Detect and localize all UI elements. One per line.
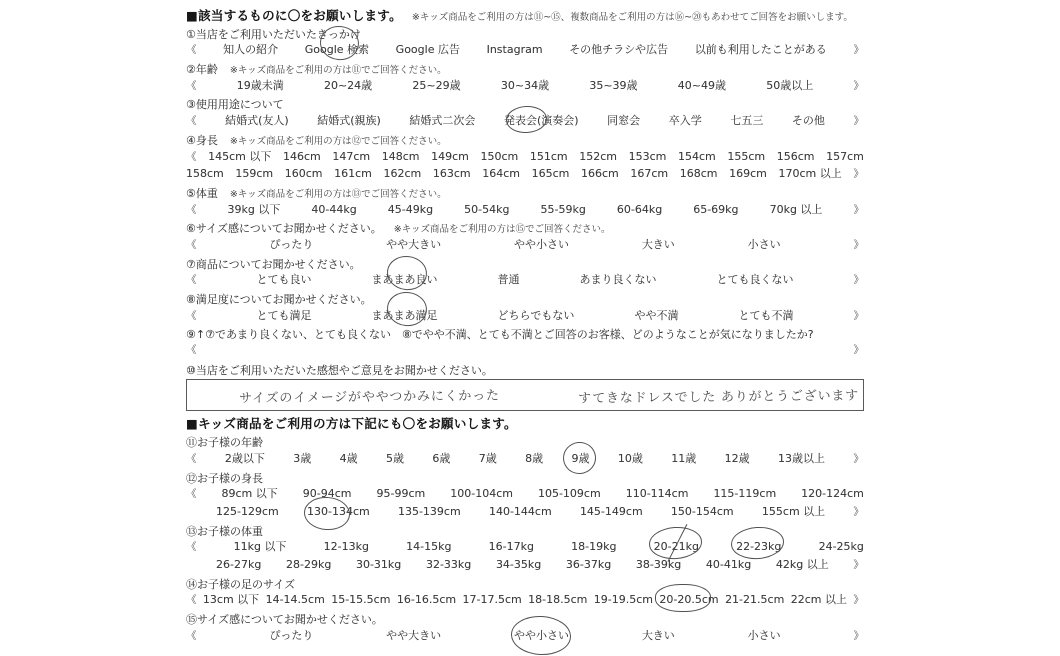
options-row: 《145cm 以下146cm147cm148cm149cm150cm151cm1… [186,148,864,166]
section-1: ■該当するものに〇をお願いします。※キッズ商品をご利用の方は⑪~⑮、複数商品をご… [186,6,864,411]
option-label: ぴったり [269,236,313,254]
option: 22-23kg [736,538,781,556]
option: 115-119cm [713,485,776,503]
option-label: 11kg 以下 [234,538,287,556]
option: Google 検索 [305,41,369,59]
option: 16-17kg [489,538,534,556]
question-label: ⑪お子様の年齢 [186,436,263,449]
bracket-open: 《 [186,78,197,96]
option: 小さい [748,627,781,640]
bracket-open: 《 [186,113,197,131]
bracket-close: 》 [853,628,864,640]
option: 8歳 [525,450,543,468]
option: 152cm [579,148,617,166]
option: 146cm [283,148,321,166]
option: 12-13kg [324,538,369,556]
option: 17-17.5cm [463,591,522,609]
option-label: 105-109cm [538,485,601,503]
options-row: 26-27kg28-29kg30-31kg32-33kg34-35kg36-37… [186,556,864,574]
bracket-close: 》 [854,342,865,360]
option: まあまあ良い [372,271,438,289]
option: 151cm [530,148,568,166]
option-label: 30~34歳 [501,77,549,95]
option: とても良い [257,271,312,289]
option: 22cm 以上 [791,591,847,609]
option-label: 169cm [729,165,767,183]
option-label: 166cm [581,165,619,183]
option-label: 17-17.5cm [463,591,522,609]
question-note: ※キッズ商品をご利用の方は⑪でご回答ください。 [230,65,447,76]
option-label: 16-16.5cm [397,591,456,609]
option: とても満足 [257,307,312,325]
bracket-open: 《 [186,237,197,255]
option-label: 同窓会 [607,112,640,130]
option: 110-114cm [626,485,689,503]
bracket-close: 》 [853,78,864,96]
bracket-close: 》 [854,272,865,290]
option: 140-144cm [489,503,552,521]
survey-page: ■該当するものに〇をお願いします。※キッズ商品をご利用の方は⑪~⑮、複数商品をご… [186,6,864,640]
options-row: 《知人の紹介Google 検索Google 広告Instagramその他チラシや… [186,41,864,59]
option-label: 90-94cm [303,485,352,503]
option: Instagram [487,41,543,59]
options-row: 《とても良いまあまあ良い普通あまり良くないとても良くない》 [186,271,864,289]
option: 19-19.5cm [594,591,653,609]
option: 100-104cm [450,485,513,503]
question-label: ①当店をご利用いただいたきっかけ [186,28,361,41]
option: 40~49歳 [678,77,726,95]
option-label: 40~49歳 [678,77,726,95]
option: 32-33kg [426,556,471,574]
option: 35~39歳 [589,77,637,95]
option-label: 163cm [433,165,471,183]
option-label: とても良い [257,271,312,289]
option-label: 55-59kg [541,201,586,219]
option: 166cm [581,165,619,183]
option-label: まあまあ満足 [372,307,438,325]
option: 14-14.5cm [266,591,325,609]
question-label-line: ④身長※キッズ商品をご利用の方は⑫でご回答ください。 [186,130,864,148]
option: 150cm [480,148,518,166]
option-label: 115-119cm [713,485,776,503]
option: 13cm 以下 [203,591,259,609]
option: 20-21kg [654,538,699,556]
question-label-line: ⑬お子様の体重 [186,521,864,539]
option: 154cm [678,148,716,166]
option: 161cm [334,165,372,183]
option-label: 小さい [748,236,781,254]
option: その他チラシや広告 [569,41,668,59]
option-label: 145-149cm [580,503,643,521]
option-label: 3歳 [293,450,311,468]
option-label: 148cm [382,148,420,166]
option: 169cm [729,165,767,183]
options-row: 125-129cm130-134cm135-139cm140-144cm145-… [186,503,864,521]
option: 同窓会 [607,112,640,130]
option: 6歳 [432,450,450,468]
option-label: 164cm [482,165,520,183]
question-label-line: ⑤体重※キッズ商品をご利用の方は⑬でご回答ください。 [186,183,864,201]
option: 130-134cm [307,503,370,521]
bracket-close: 》 [853,451,864,469]
option: 25~29歳 [412,77,460,95]
bracket-open: 《 [186,272,197,290]
option: 11kg 以下 [234,538,287,556]
option-label: 161cm [334,165,372,183]
option: 135-139cm [398,503,461,521]
question-label: ⑤体重 [186,187,218,200]
option-label: その他チラシや広告 [569,41,668,59]
option: とても良くない [717,271,794,289]
option-label: 130-134cm [307,503,370,521]
bracket-close: 》 [853,113,864,131]
option-label: 大きい [642,236,675,254]
option-label: 14-14.5cm [266,591,325,609]
option-label: やや不満 [634,307,678,325]
option: 65-69kg [693,201,738,219]
option: 157cm [826,148,864,166]
option: 20~24歳 [324,77,372,95]
option-label: 150cm [480,148,518,166]
question-label: ⑦商品についてお聞かせください。 [186,258,361,271]
option: 42kg 以上 [776,556,829,574]
question-label-line: ⑫お子様の身長 [186,468,864,486]
option: 145-149cm [580,503,643,521]
option-label: 135-139cm [398,503,461,521]
option: 55-59kg [541,201,586,219]
option-label: 22-23kg [736,538,781,556]
option-label: 154cm [678,148,716,166]
option-label: 149cm [431,148,469,166]
option: 13歳以上 [778,450,825,468]
bracket-close: 》 [853,202,864,220]
option-label: 42kg 以上 [776,556,829,574]
option-label: Instagram [487,41,543,59]
option: 3歳 [293,450,311,468]
option-label: 大きい [642,627,675,640]
option-label: 18-18.5cm [528,591,587,609]
option-label: やや小さい [514,627,569,640]
option-label: その他 [792,112,825,130]
option: 大きい [642,627,675,640]
option-label: 30-31kg [356,556,401,574]
option-label: 158cm [186,165,224,183]
option-label: 卒入学 [669,112,702,130]
question-label: ⑥サイズ感についてお聞かせください。 [186,222,382,235]
option: 150-154cm [671,503,734,521]
option: やや大きい [386,627,441,640]
section-heading-note: ※キッズ商品をご利用の方は⑪~⑮、複数商品をご利用の方は⑯~⑳もあわせてご回答を… [412,12,853,23]
options-row: 《39kg 以下40-44kg45-49kg50-54kg55-59kg60-6… [186,201,864,219]
option-label: 知人の紹介 [223,41,278,59]
option: 149cm [431,148,469,166]
option: 148cm [382,148,420,166]
option-label: 9歳 [572,450,590,468]
option-label: やや小さい [514,236,569,254]
option-label: 8歳 [525,450,543,468]
handwritten-comment: すてきなドレスでした ありがとうございます [578,384,859,406]
option-label: 125-129cm [216,503,279,521]
option-label: 162cm [384,165,422,183]
bracket-close: 》 [853,308,864,326]
option: 11歳 [671,450,696,468]
option-label: 120-124cm [801,485,864,503]
option-label: とても満足 [257,307,312,325]
option: 4歳 [340,450,358,468]
option: 60-64kg [617,201,662,219]
option-label: 20~24歳 [324,77,372,95]
option: 16-16.5cm [397,591,456,609]
option: 45-49kg [388,201,433,219]
option-label: 16-17kg [489,538,534,556]
option-label: 結婚式(親族) [317,112,381,130]
options-row: 《11kg 以下12-13kg14-15kg16-17kg18-19kg20-2… [186,538,864,556]
option: 以前も利用したことがある [695,41,827,59]
option: 50歳以上 [766,77,813,95]
option-label: 7歳 [479,450,497,468]
option: 卒入学 [669,112,702,130]
option: 15-15.5cm [331,591,390,609]
option: 7歳 [479,450,497,468]
bracket-open: 《 [186,451,197,469]
option: 95-99cm [377,485,426,503]
option: 40-44kg [311,201,356,219]
option-label: 95-99cm [377,485,426,503]
option: 14-15kg [406,538,451,556]
option-label: 19-19.5cm [594,591,653,609]
option: どちらでもない [498,307,575,325]
option: 発表会(演奏会) [504,112,579,130]
option: 105-109cm [538,485,601,503]
bracket-close: 》 [853,166,864,184]
option: 結婚式(友人) [225,112,289,130]
question-label: ⑭お子様の足のサイズ [186,578,295,591]
option: 普通 [498,271,520,289]
options-row: 《結婚式(友人)結婚式(親族)結婚式二次会発表会(演奏会)同窓会卒入学七五三その… [186,112,864,130]
option: 162cm [384,165,422,183]
question-label-line: ⑦商品についてお聞かせください。 [186,254,864,272]
option-label: 152cm [579,148,617,166]
option-label: 32-33kg [426,556,471,574]
option: 167cm [630,165,668,183]
question-label: ②年齢 [186,63,218,76]
options-row: 《13cm 以下14-14.5cm15-15.5cm16-16.5cm17-17… [186,591,864,609]
question-label: ⑬お子様の体重 [186,525,263,538]
option-label: 89cm 以下 [222,485,278,503]
option: 知人の紹介 [223,41,278,59]
option: あまり良くない [580,271,657,289]
option-label: 110-114cm [626,485,689,503]
option-label: 155cm [727,148,765,166]
option-label: 100-104cm [450,485,513,503]
option-label: 18-19kg [571,538,616,556]
option-label: 165cm [532,165,570,183]
question-label-line: ⑪お子様の年齢 [186,432,864,450]
option-label: 普通 [498,271,520,289]
section-heading: ■該当するものに〇をお願いします。 [186,8,402,23]
section-heading-line: ■キッズ商品をご利用の方は下記にも〇をお願いします。 [186,414,864,432]
question-label-line: ⑭お子様の足のサイズ [186,574,864,592]
question-note: ※キッズ商品をご利用の方は⑮でご回答ください。 [394,224,611,235]
section-heading-line: ■該当するものに〇をお願いします。※キッズ商品をご利用の方は⑪~⑮、複数商品をご… [186,6,864,24]
option: Google 広告 [396,41,460,59]
options-row: 《89cm 以下90-94cm95-99cm100-104cm105-109cm… [186,485,864,503]
option-label: 26-27kg [216,556,261,574]
option-label: 151cm [530,148,568,166]
bracket-open: 《 [186,202,197,220]
question-label-line: ③使用用途について [186,94,864,112]
section-2: ■キッズ商品をご利用の方は下記にも〇をお願いします。⑪お子様の年齢《2歳以下3歳… [186,414,864,640]
option: 34-35kg [496,556,541,574]
option-label: 20-20.5cm [659,591,718,609]
option-label: とても不満 [738,307,793,325]
bracket-close: 》 [853,42,864,60]
option-label: 25~29歳 [412,77,460,95]
option: 50-54kg [464,201,509,219]
section-heading: ■キッズ商品をご利用の方は下記にも〇をお願いします。 [186,416,517,431]
bracket-close: 》 [853,237,864,255]
option-label: 145cm 以下 [208,148,271,166]
option: 小さい [748,236,781,254]
option-label: 147cm [332,148,370,166]
option: 38-39kg [636,556,681,574]
option-label: 36-37kg [566,556,611,574]
option-label: まあまあ良い [372,271,438,289]
option: 155cm [727,148,765,166]
question-label: ④身長 [186,134,218,147]
option: 2歳以下 [225,450,265,468]
option-label: Google 検索 [305,41,369,59]
question-label: ⑮サイズ感についてお聞かせください。 [186,613,383,626]
option-label: 167cm [630,165,668,183]
option: 36-37kg [566,556,611,574]
bracket-open: 《 [186,149,197,167]
question-label-line: ①当店をご利用いただいたきっかけ [186,24,864,42]
option-label: 21-21.5cm [725,591,784,609]
option-label: 65-69kg [693,201,738,219]
option: 165cm [532,165,570,183]
bracket-close: 》 [853,592,864,610]
option-label: 12-13kg [324,538,369,556]
bracket-open: 《 [186,342,197,360]
option-label: 40-41kg [706,556,751,574]
options-row: 《とても満足まあまあ満足どちらでもないやや不満とても不満》 [186,307,864,325]
option: 10歳 [618,450,643,468]
option-label: 20-21kg [654,538,699,556]
option-label: 11歳 [671,450,696,468]
option: 163cm [433,165,471,183]
options-row: 《ぴったりやや大きいやや小さい大きい小さい》 [186,236,864,254]
options-row: 《19歳未満20~24歳25~29歳30~34歳35~39歳40~49歳50歳以… [186,77,864,95]
option-label: 19歳未満 [237,77,284,95]
option-label: 153cm [629,148,667,166]
option: 12歳 [725,450,750,468]
option-label: 45-49kg [388,201,433,219]
option-label: 14-15kg [406,538,451,556]
option-label: 以前も利用したことがある [695,41,827,59]
bracket-open: 《 [186,539,197,557]
option: 147cm [332,148,370,166]
question-label-line: ⑩当店をご利用いただいた感想やご意見をお聞かせください。 [186,360,864,378]
option: その他 [792,112,825,130]
option-label: 発表会(演奏会) [504,112,579,130]
option-label: 4歳 [340,450,358,468]
option-label: 156cm [777,148,815,166]
option: 90-94cm [303,485,352,503]
question-label: ⑨↑⑦であまり良くない、とても良くない ⑧でやや不満、とても不満とご回答のお客様… [186,328,814,341]
bracket-open: 《 [186,592,197,610]
question-note: ※キッズ商品をご利用の方は⑫でご回答ください。 [230,136,447,147]
options-row: 158cm159cm160cm161cm162cm163cm164cm165cm… [186,165,864,183]
option-label: 40-44kg [311,201,356,219]
question-label-line: ⑥サイズ感についてお聞かせください。※キッズ商品をご利用の方は⑮でご回答ください… [186,218,864,236]
option: 七五三 [730,112,763,130]
bracket-open: 《 [186,308,197,326]
option-label: 150-154cm [671,503,734,521]
option: 大きい [642,236,675,254]
option-label: 12歳 [725,450,750,468]
question-label: ⑫お子様の身長 [186,472,263,485]
option: 21-21.5cm [725,591,784,609]
option-label: 155cm 以上 [762,503,825,521]
option: 結婚式(親族) [317,112,381,130]
option-label: 170cm 以上 [779,165,842,183]
option-label: 2歳以下 [225,450,265,468]
option: やや小さい [514,236,569,254]
options-row: 《ぴったりやや大きいやや小さい大きい小さい》 [186,627,864,640]
option-label: 70kg 以上 [770,201,823,219]
option-label: とても良くない [717,271,794,289]
option: 158cm [186,165,224,183]
option-label: 157cm [826,148,864,166]
option-label: 34-35kg [496,556,541,574]
option: 153cm [629,148,667,166]
option: やや大きい [386,236,441,254]
option-label: ぴったり [269,627,313,640]
question-label: ③使用用途について [186,98,284,111]
bracket-close: 》 [853,557,864,575]
option-label: 60-64kg [617,201,662,219]
option: ぴったり [269,236,313,254]
option: 40-41kg [706,556,751,574]
option: 20-20.5cm [659,591,718,609]
option-label: 13歳以上 [778,450,825,468]
question-label-line: ⑧満足度についてお聞かせください。 [186,289,864,307]
question-label-line: ⑨↑⑦であまり良くない、とても良くない ⑧でやや不満、とても不満とご回答のお客様… [186,324,864,342]
option: 30~34歳 [501,77,549,95]
option: 28-29kg [286,556,331,574]
option-label: 22cm 以上 [791,591,847,609]
option-label: 50-54kg [464,201,509,219]
option-label: 28-29kg [286,556,331,574]
option-label: 13cm 以下 [203,591,259,609]
option-label: 159cm [235,165,273,183]
option: 19歳未満 [237,77,284,95]
option: 170cm 以上 [779,165,842,183]
option-label: 160cm [285,165,323,183]
option: 156cm [777,148,815,166]
option: 70kg 以上 [770,201,823,219]
option-label: 140-144cm [489,503,552,521]
option-label: 6歳 [432,450,450,468]
option-label: どちらでもない [498,307,575,325]
bracket-open: 《 [186,628,197,640]
option: 26-27kg [216,556,261,574]
option: 160cm [285,165,323,183]
options-row: 《》 [186,342,864,360]
bracket-close: 》 [853,504,864,522]
option-label: 35~39歳 [589,77,637,95]
